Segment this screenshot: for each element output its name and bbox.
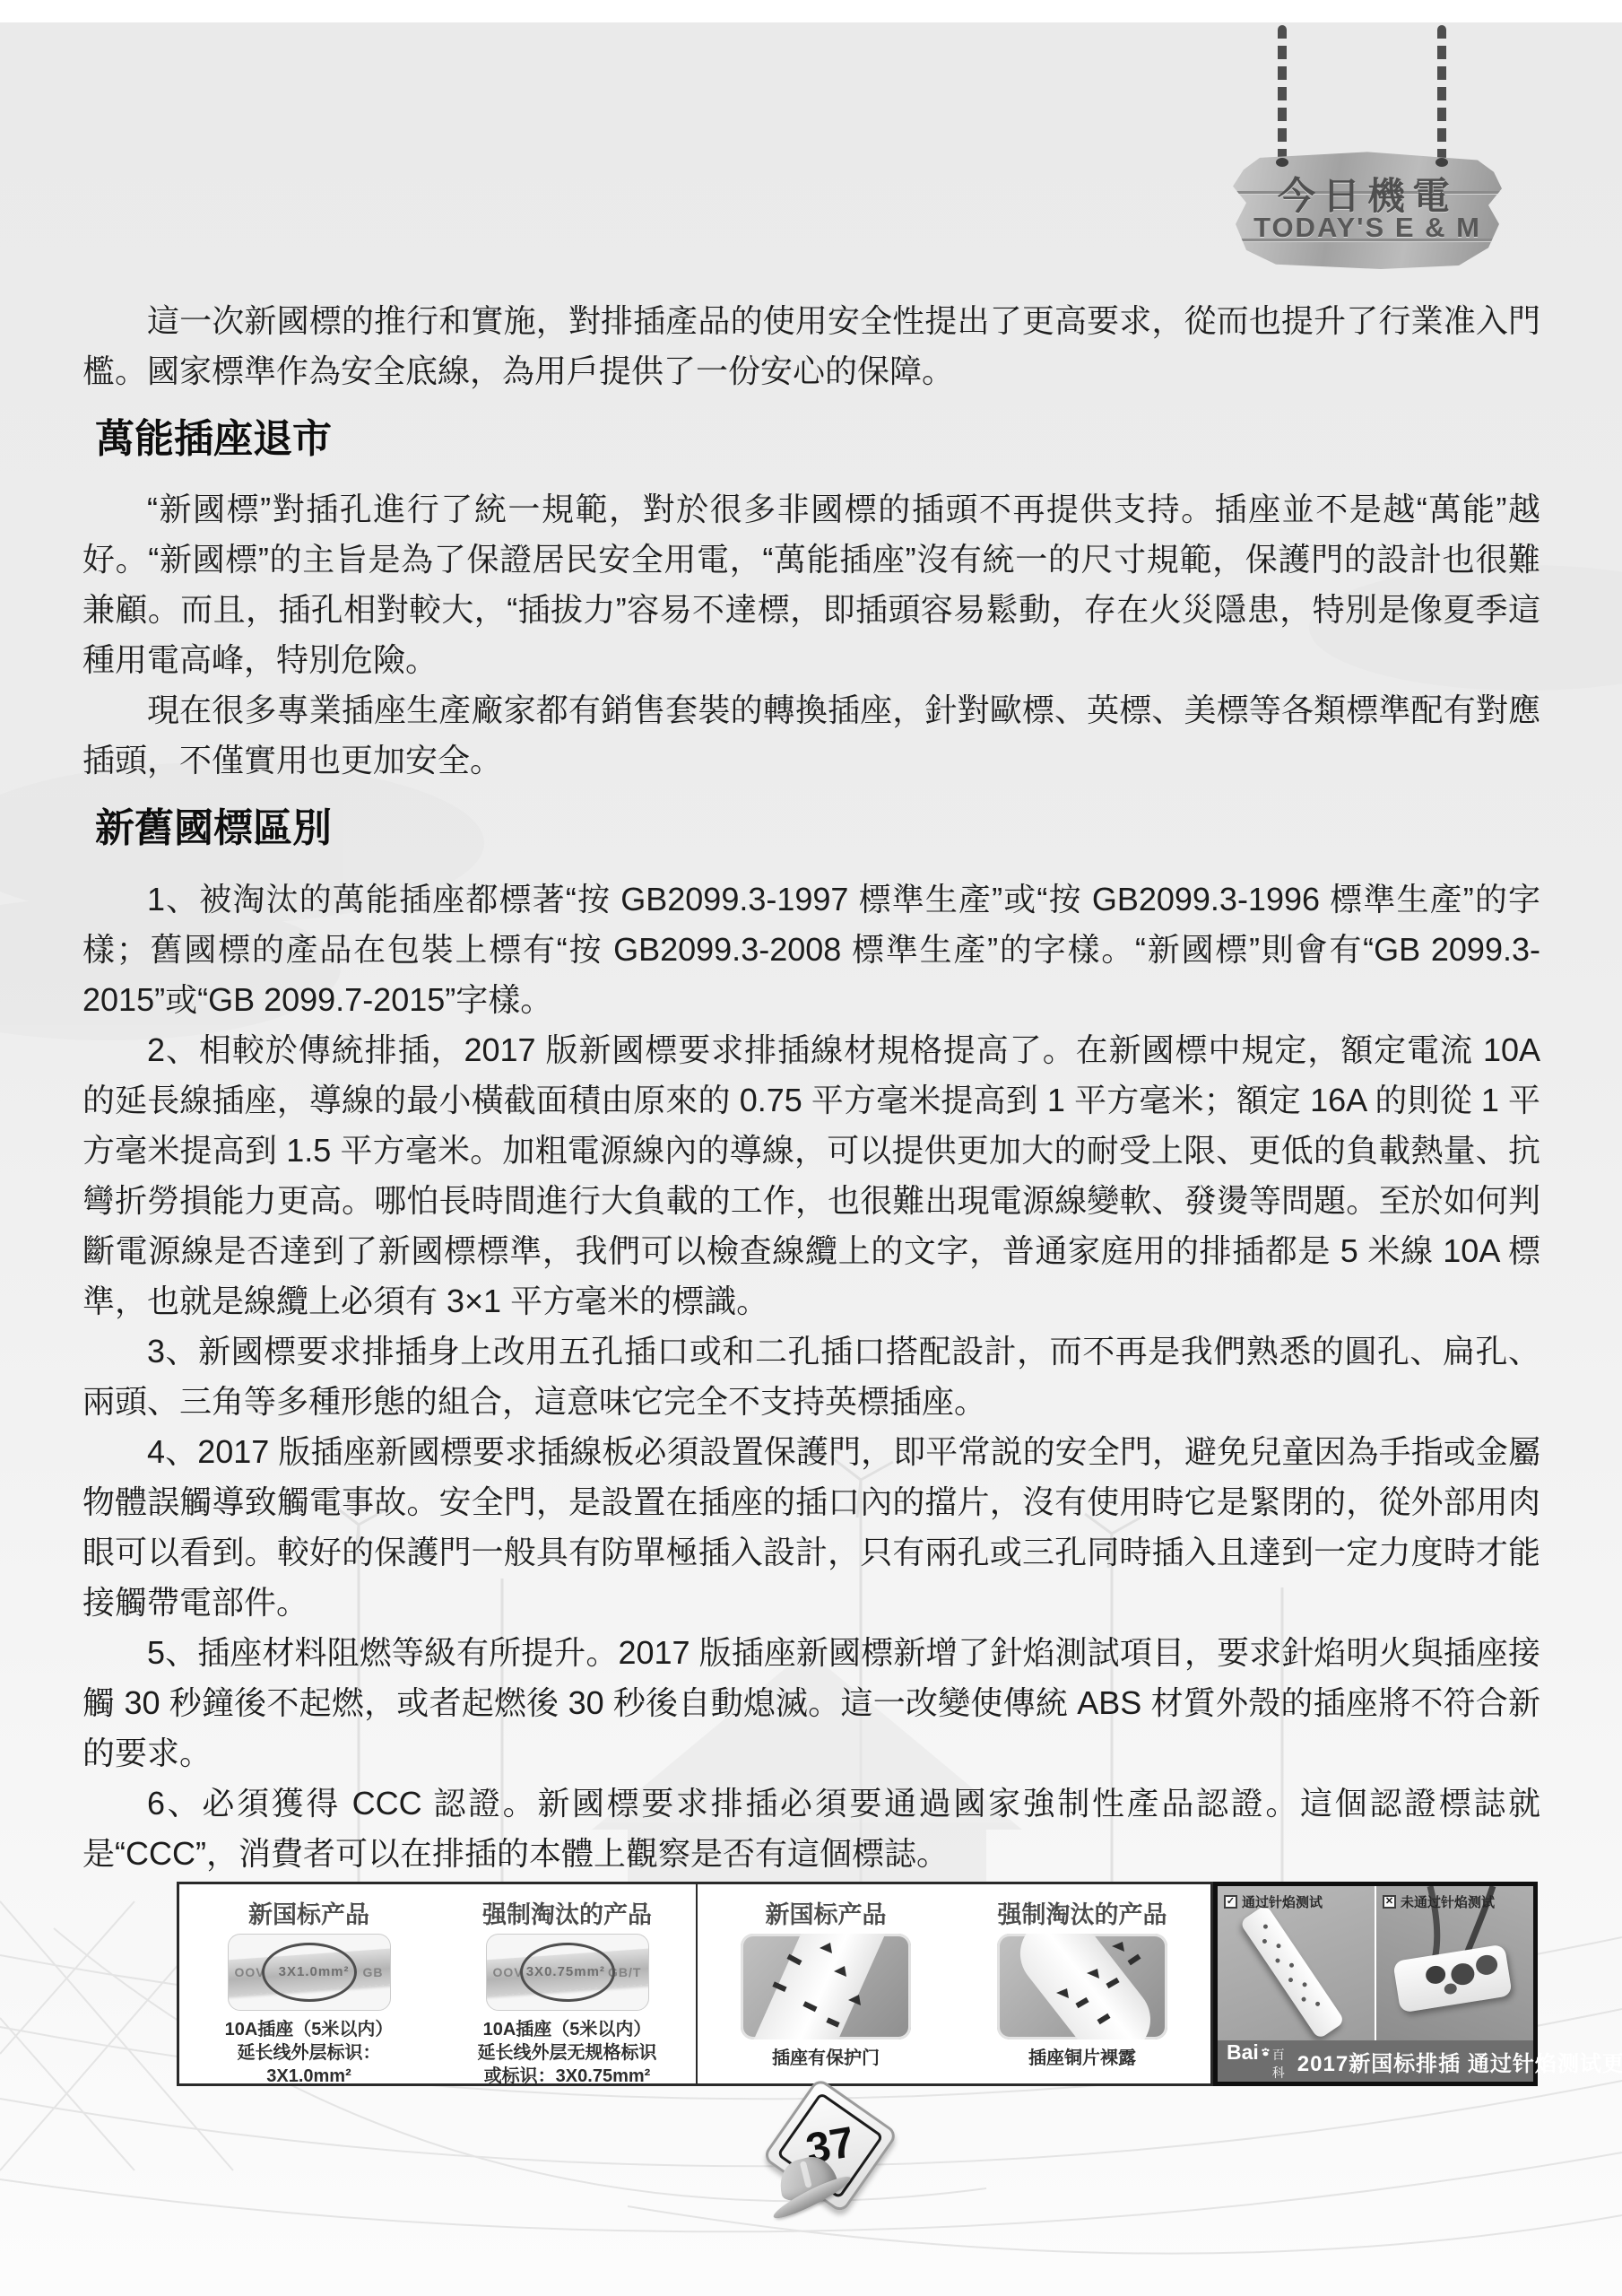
socket-strip-illustration-new: [741, 1934, 911, 2039]
caption-line: 10A插座（5米以内）: [179, 2018, 438, 2041]
photo-label-fail: ✕ 未通过针焰测试: [1383, 1892, 1495, 1911]
figure-caption-text: 2017新国标排插 通过针焰测试更耐热: [1297, 2046, 1622, 2077]
burn-marks: [1425, 1964, 1447, 1985]
cable-new-standard-panel: 新国标产品 OOV 3X1.0mm² GB 10A插座（5米以内） 延长线外层标…: [179, 1884, 438, 2083]
figure-caption-bar: Bai 百科 2017新国标排插 通过针焰测试更耐热: [1218, 2040, 1533, 2082]
photo-pass-test: ✓ 通过针焰测试: [1218, 1886, 1375, 2040]
socket-strip-illustration-old: [997, 1934, 1167, 2039]
comparison-figure: 新国标产品 OOV 3X1.0mm² GB 10A插座（5米以内） 延长线外层标…: [177, 1882, 1538, 2086]
magazine-logo: 今日機電 TODAY'S E & M: [1233, 25, 1502, 267]
label-text: 未通过针焰测试: [1401, 1892, 1495, 1911]
photo-pair: ✓ 通过针焰测试 ✕ 未通过针焰测试: [1218, 1886, 1533, 2040]
page-content: 今日機電 TODAY'S E & M 這一次新國標的推行和實施，對排插產品的使用…: [0, 0, 1622, 2296]
caption-line: 延长线外层标识：: [179, 2041, 438, 2065]
paw-icon: [1261, 2045, 1271, 2059]
cable-eliminated-panel: 强制淘汰的产品 OOV 3X0.75mm² GB/T 10A插座（5米以内） 延…: [438, 1884, 698, 2083]
panel-heading: 新国标产品: [179, 1895, 438, 1930]
socket-new-standard-panel: 新国标产品: [698, 1884, 954, 2083]
paragraph: 現在很多專業插座生產廠家都有銷售套裝的轉換插座，針對歐標、英標、美標等各類標準配…: [82, 685, 1540, 786]
article-body: 這一次新國標的推行和實施，對排插產品的使用安全性提出了更高要求，從而也提升了行業…: [82, 296, 1540, 1879]
panel-heading: 强制淘汰的产品: [438, 1895, 696, 1930]
cable-standard-text: GB: [363, 1964, 384, 1979]
baidu-baike-logo: Bai 百科: [1227, 2040, 1289, 2082]
chain-anchor-icon: [1276, 158, 1288, 167]
socket-holes: [997, 1934, 1167, 2039]
magazine-page: 今日機電 TODAY'S E & M 這一次新國標的推行和實施，對排插產品的使用…: [0, 0, 1622, 2296]
checkbox-crossed-icon: ✕: [1383, 1895, 1396, 1909]
socket-dots: [1262, 1924, 1269, 1930]
cable-voltage-text: OOV: [235, 1964, 265, 1979]
socket-holes: [741, 1934, 911, 2039]
list-item-4: 4、2017 版插座新國標要求插線板必須設置保護門，即平常説的安全門，避免兒童因…: [82, 1427, 1540, 1628]
photo-fail-test: ✕ 未通过针焰测试: [1376, 1886, 1533, 2040]
list-item-2: 2、相較於傳統排插，2017 版新國標要求排插線材規格提高了。在新國標中規定，額…: [82, 1025, 1540, 1326]
caption-line: 或标识：3X0.75mm²: [438, 2065, 696, 2088]
checkbox-checked-icon: ✓: [1224, 1895, 1237, 1909]
cable-and-socket-comparison-box: 新国标产品 OOV 3X1.0mm² GB 10A插座（5米以内） 延长线外层标…: [177, 1882, 1213, 2086]
intro-paragraph: 這一次新國標的推行和實施，對排插產品的使用安全性提出了更高要求，從而也提升了行業…: [82, 296, 1540, 396]
flame-test-photo-panel: ✓ 通过针焰测试 ✕ 未通过针焰测试: [1213, 1882, 1538, 2086]
caption-line: 插座有保护门: [698, 2047, 954, 2070]
chain-left-icon: [1278, 25, 1287, 161]
caption-line: 插座铜片裸露: [954, 2047, 1210, 2070]
label-text: 通过针焰测试: [1242, 1892, 1323, 1911]
caption-line: 10A插座（5米以内）: [438, 2018, 696, 2041]
section-heading-universal-socket-exit: 萬能插座退市: [95, 418, 1540, 461]
list-item-6: 6、必須獲得 CCC 認證。新國標要求排插必須要通過國家強制性產品認證。這個認證…: [82, 1779, 1540, 1879]
highlight-ellipse: [520, 1943, 615, 2002]
brand-suffix-text: 百科: [1272, 2046, 1289, 2082]
caption-line: 延长线外层无规格标识: [438, 2041, 696, 2065]
chain-right-icon: [1437, 25, 1446, 161]
power-strip-photo-graphic: [1239, 1904, 1345, 2039]
highlight-ellipse: [262, 1943, 357, 2002]
section-heading-old-new-standard-difference: 新舊國標區別: [95, 807, 1540, 850]
list-item-3: 3、新國標要求排插身上改用五孔插口或和二孔插口搭配設計，而不再是我們熟悉的圓孔、…: [82, 1326, 1540, 1427]
chain-anchor-icon: [1436, 158, 1448, 167]
brand-text: Bai: [1227, 2040, 1259, 2065]
page-number-sign: 37: [746, 2077, 932, 2256]
socket-eliminated-panel: 强制淘汰的产品: [954, 1884, 1210, 2083]
list-item-5: 5、插座材料阻燃等級有所提升。2017 版插座新國標新增了針焰測試項目，要求針焰…: [82, 1628, 1540, 1779]
photo-label-pass: ✓ 通过针焰测试: [1224, 1892, 1323, 1911]
panel-heading: 新国标产品: [698, 1895, 954, 1930]
logo-title-en: TODAY'S E & M: [1233, 212, 1502, 244]
list-item-1: 1、被淘汰的萬能插座都標著“按 GB2099.3-1997 標準生產”或“按 G…: [82, 874, 1540, 1025]
paragraph: “新國標”對插孔進行了統一規範，對於很多非國標的插頭不再提供支持。插座並不是越“…: [82, 484, 1540, 685]
cable-voltage-text: OOV: [493, 1964, 524, 1979]
cable-illustration-new: OOV 3X1.0mm² GB: [228, 1934, 391, 2011]
caption-line: 3X1.0mm²: [179, 2065, 438, 2088]
panel-heading: 强制淘汰的产品: [954, 1895, 1210, 1930]
cable-illustration-old: OOV 3X0.75mm² GB/T: [486, 1934, 649, 2011]
